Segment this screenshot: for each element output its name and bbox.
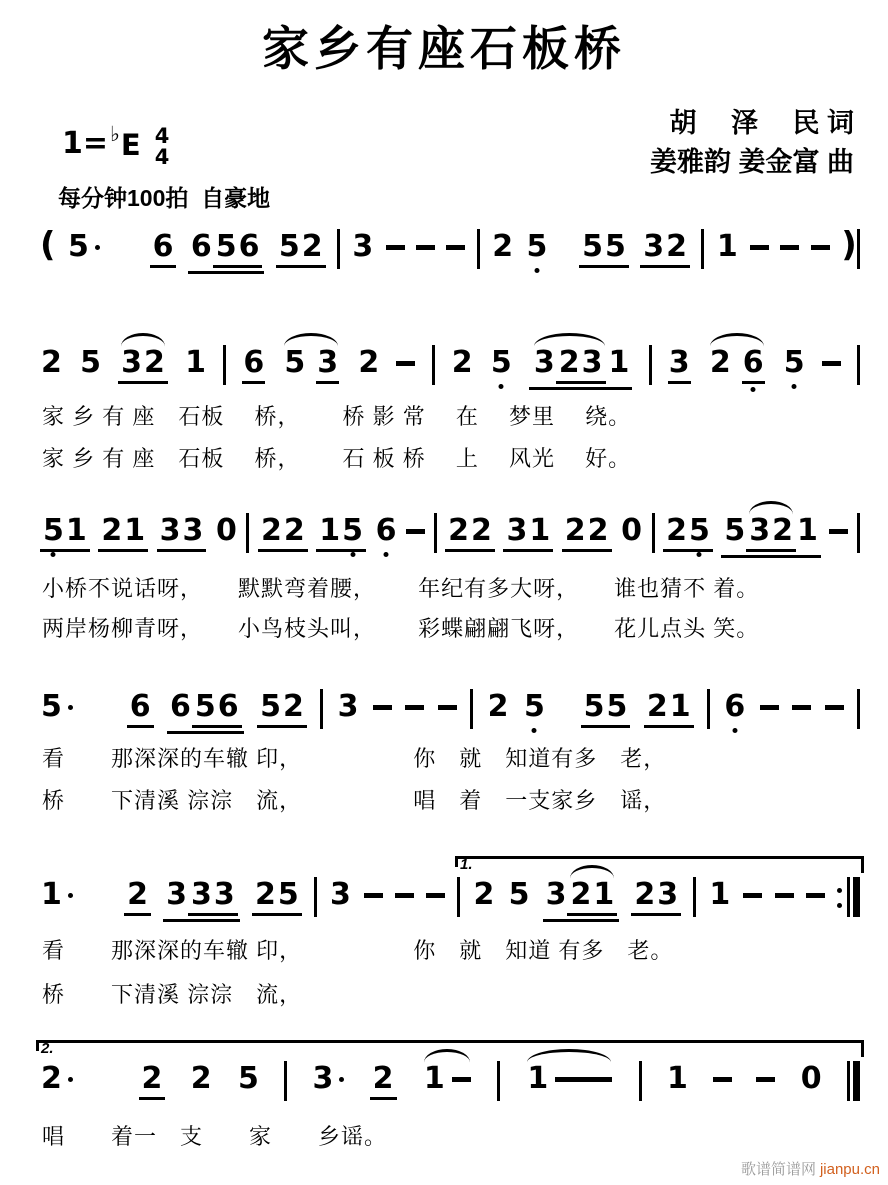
barline-single: [693, 880, 696, 917]
low-octave-dot: [384, 552, 389, 557]
score-line-3: 566565232555216: [40, 692, 860, 738]
note-2: 2: [126, 880, 149, 910]
note-3: 3: [182, 516, 205, 546]
note-2: 2: [254, 880, 277, 910]
note-1: 1: [318, 516, 341, 546]
note-2: 2: [709, 348, 732, 378]
duration-dash: [405, 705, 424, 710]
lyrics-row: 桥 下清溪 淙淙 流，: [42, 978, 872, 1009]
low-octave-dot: [350, 552, 355, 557]
beam-group: 33: [157, 516, 207, 552]
beam-group: 22: [445, 516, 495, 552]
beam-group: 6: [127, 692, 154, 728]
low-octave-dot: [697, 552, 702, 557]
beam-group: 2: [139, 1064, 166, 1100]
lyrics-row: 家 乡 有 座 石板 桥， 石 板 桥 上 风光 好。: [42, 442, 872, 473]
beam-group: 52: [276, 232, 326, 268]
score-line-2: 5121330221562231220255321: [40, 516, 860, 562]
note-6: 6: [742, 348, 765, 384]
note-3: 3: [337, 692, 360, 722]
note-2: 2: [665, 516, 688, 546]
note-2: 2: [665, 232, 688, 262]
beam-group: 656: [188, 232, 265, 274]
duration-dash: [811, 245, 830, 250]
credits: 胡 泽 民 词姜雅韵 姜金富 曲: [650, 104, 854, 182]
slur-group: 32: [746, 516, 796, 552]
volta-2-label: 2.: [41, 1041, 54, 1056]
note-1: 1: [669, 692, 692, 722]
note-3: 3: [505, 516, 528, 546]
score-line-intro: (566565232555321): [40, 232, 860, 278]
beam-group: 22: [562, 516, 612, 552]
slur-group: 26: [707, 348, 767, 384]
key-signature: 1=♭E 44: [62, 126, 169, 168]
duration-dash: [750, 245, 769, 250]
note-3: 3: [213, 880, 236, 910]
note-2: 2: [190, 1064, 213, 1094]
beam-group: 3231: [529, 348, 633, 390]
spacer: [98, 1064, 114, 1065]
lyricist-credit: 胡 泽 民 词: [669, 108, 854, 138]
note-6: 6: [242, 348, 265, 384]
spacer: [86, 880, 112, 881]
note-1: 1: [716, 232, 739, 262]
beam-group: 2: [124, 880, 151, 916]
beam-group: 55: [579, 232, 629, 268]
note-5: 5: [341, 516, 364, 546]
barline-single: [320, 692, 323, 729]
duration-dash: [373, 705, 392, 710]
barline-single: [337, 232, 340, 269]
spacer: [112, 232, 138, 233]
note-5: 5: [490, 348, 513, 378]
beam-group: 6: [150, 232, 177, 268]
note-3: 3: [316, 348, 339, 384]
note-6: 6: [190, 232, 213, 262]
duration-dash: [555, 1077, 574, 1082]
barline-single: [649, 348, 652, 385]
spacer: [559, 692, 567, 693]
note-5: 5: [79, 348, 102, 378]
beam-group: 23: [631, 880, 681, 916]
note-0: 0: [215, 516, 238, 546]
note-6: 6: [129, 692, 152, 722]
spacer: [560, 232, 568, 233]
note-5: 5: [688, 516, 711, 546]
note-3: 3: [668, 348, 691, 384]
note-2: 2: [558, 348, 581, 378]
duration-dash: [395, 893, 414, 898]
lyrics-row: 小桥不说话呀， 默默弯着腰， 年纪有多大呀， 谁也猜不 着。: [42, 572, 872, 603]
low-octave-dot: [51, 552, 56, 557]
song-title: 家乡有座石板桥: [0, 12, 888, 79]
barline-single: [457, 880, 460, 917]
duration-dash: [825, 705, 844, 710]
note-2: 2: [283, 516, 306, 546]
note-3: 3: [329, 880, 352, 910]
slur-group: 1: [421, 1064, 473, 1094]
low-octave-dot: [792, 384, 797, 389]
composer-credit: 姜雅韵 姜金富 曲: [650, 147, 854, 177]
lyrics-row: 家 乡 有 座 石板 桥， 桥 影 常 在 梦里 绕。: [42, 400, 872, 431]
note-5: 5: [583, 692, 606, 722]
tempo-marking: 每分钟100拍 自豪地: [58, 180, 270, 213]
note-5: 5: [277, 880, 300, 910]
beam-group: 55: [581, 692, 631, 728]
note-2: 2: [282, 692, 305, 722]
beam-group: 15: [316, 516, 366, 552]
note-1: 1: [708, 880, 731, 910]
beam-group: 22: [258, 516, 308, 552]
note-2: 2: [100, 516, 123, 546]
note-3: 3: [656, 880, 679, 910]
duration-dash: [396, 361, 415, 366]
duration-dash: [386, 245, 405, 250]
volta-1-bracket: 1.: [455, 856, 864, 874]
note-1: 1: [592, 880, 615, 910]
barline-single: [432, 348, 435, 385]
beam-group: 56: [213, 232, 263, 268]
note-5: 5: [215, 232, 238, 262]
note-3: 3: [748, 516, 771, 546]
note-2: 2: [473, 880, 496, 910]
note-5: 5: [581, 232, 604, 262]
note-6: 6: [723, 692, 746, 722]
watermark-site-name: 歌谱简谱网: [741, 1161, 816, 1178]
lyrics-row: 唱 着一 支 家 乡谣。: [42, 1120, 872, 1151]
barline-single: [477, 232, 480, 269]
note-1: 1: [608, 348, 631, 378]
slur-group: 21: [567, 880, 617, 916]
beam-group: 2: [370, 1064, 397, 1100]
low-octave-dot: [534, 268, 539, 273]
note-2: 2: [633, 880, 656, 910]
time-signature: 44: [155, 126, 170, 168]
duration-dash: [743, 893, 762, 898]
note-2: 2: [451, 348, 474, 378]
note-1: 1: [184, 348, 207, 378]
note-3: 3: [311, 1064, 345, 1094]
duration-dash: [713, 1077, 732, 1082]
barline-single: [470, 692, 473, 729]
beam-group: 31: [503, 516, 553, 552]
duration-dash: [438, 705, 457, 710]
note-6: 6: [217, 692, 240, 722]
note-2: 2: [447, 516, 470, 546]
duration-dash: [416, 245, 435, 250]
note-2: 2: [143, 348, 166, 378]
note-5: 5: [508, 880, 531, 910]
beam-group: 5321: [721, 516, 821, 558]
note-5: 5: [783, 348, 806, 378]
lyrics-row: 看 那深深的车辙 印， 你 就 知道有多 老，: [42, 742, 872, 773]
note-2: 2: [646, 692, 669, 722]
note-1: 1: [526, 1064, 549, 1094]
note-0: 0: [620, 516, 643, 546]
lyrics-row: 看 那深深的车辙 印， 你 就 知道 有多 老。: [42, 934, 872, 965]
augmentation-dot: [95, 245, 100, 250]
beam-group: 51: [40, 516, 90, 552]
note-5: 5: [42, 516, 65, 546]
volta-1-label: 1.: [460, 857, 473, 872]
note-5: 5: [259, 692, 282, 722]
lyrics-row: 桥 下清溪 淙淙 流， 唱 着 一支家乡 谣，: [42, 784, 872, 815]
augmentation-dot: [68, 705, 73, 710]
beam-group: 333: [163, 880, 240, 922]
note-2: 2: [301, 232, 324, 262]
duration-dash: [829, 529, 848, 534]
duration-dash: [593, 1077, 612, 1082]
spacer: [732, 348, 742, 349]
note-5: 5: [40, 692, 74, 722]
note-5: 5: [67, 232, 101, 262]
note-3: 3: [533, 348, 556, 378]
augmentation-dot: [68, 893, 73, 898]
barline-single: [857, 692, 860, 729]
beam-group: 321: [543, 880, 620, 922]
beam-group: 25: [252, 880, 302, 916]
note-2: 2: [141, 1064, 164, 1094]
duration-dash: [822, 361, 841, 366]
slur-group: 53: [281, 348, 341, 384]
low-octave-dot: [532, 728, 537, 733]
note-6: 6: [152, 232, 175, 262]
note-3: 3: [545, 880, 568, 910]
spacer: [446, 1064, 452, 1065]
note-1: 1: [40, 880, 74, 910]
watermark-domain: jianpu.cn: [820, 1161, 880, 1178]
duration-dash: [806, 893, 825, 898]
note-2: 2: [487, 692, 510, 722]
note-6: 6: [375, 516, 398, 546]
duration-dash: [574, 1077, 593, 1082]
note-1: 1: [123, 516, 146, 546]
note-3: 3: [159, 516, 182, 546]
barline-single: [857, 348, 860, 385]
note-2: 2: [260, 516, 283, 546]
beam-group: 23: [556, 348, 606, 384]
note-6: 6: [238, 232, 261, 262]
beam-group: 21: [644, 692, 694, 728]
note-3: 3: [581, 348, 604, 378]
duration-dash: [426, 893, 445, 898]
note-2: 2: [357, 348, 380, 378]
note-3: 3: [642, 232, 665, 262]
barline-repeat-end: [837, 880, 860, 917]
duration-dash: [780, 245, 799, 250]
barline-close-paren: ): [841, 232, 860, 269]
note-5: 5: [278, 232, 301, 262]
duration-dash: [452, 1077, 471, 1082]
slur-group: 32: [118, 348, 168, 384]
beam-group: 33: [188, 880, 238, 916]
duration-dash: [364, 893, 383, 898]
key-prefix: 1=: [62, 126, 108, 161]
slur-group: 323: [531, 348, 608, 384]
note-0: 0: [800, 1064, 823, 1094]
duration-dash: [775, 893, 794, 898]
note-5: 5: [283, 348, 306, 378]
barline-single: [639, 1064, 642, 1101]
barline-single: [284, 1064, 287, 1101]
duration-dash: [756, 1077, 775, 1082]
spacer: [87, 692, 113, 693]
augmentation-dot: [339, 1077, 344, 1082]
note-5: 5: [523, 692, 546, 722]
note-1: 1: [666, 1064, 689, 1094]
note-5: 5: [237, 1064, 260, 1094]
score-line-1: 2532165322532313265: [40, 348, 860, 394]
augmentation-dot: [68, 1077, 73, 1082]
beam-group: 25: [663, 516, 713, 552]
duration-dash: [446, 245, 465, 250]
parenthesis: (: [40, 228, 56, 262]
beam-group: 21: [98, 516, 148, 552]
barline-final: [847, 1064, 860, 1101]
slur-group: 1: [524, 1064, 614, 1094]
barline-single: [701, 232, 704, 269]
barline-single: [246, 516, 249, 553]
flat-sign: ♭: [110, 122, 120, 146]
score-line-5: 2. 2225321110: [40, 1064, 860, 1110]
note-2: 2: [564, 516, 587, 546]
duration-dash: [792, 705, 811, 710]
note-3: 3: [190, 880, 213, 910]
note-5: 5: [606, 692, 629, 722]
note-1: 1: [528, 516, 551, 546]
barline-single: [434, 516, 437, 553]
note-1: 1: [65, 516, 88, 546]
note-2: 2: [40, 1064, 74, 1094]
low-octave-dot: [499, 384, 504, 389]
note-2: 2: [587, 516, 610, 546]
note-5: 5: [604, 232, 627, 262]
note-5: 5: [723, 516, 746, 546]
note-2: 2: [40, 348, 63, 378]
note-3: 3: [165, 880, 188, 910]
note-2: 2: [771, 516, 794, 546]
barline-single: [857, 516, 860, 553]
barline-single: [652, 516, 655, 553]
barline-single: [497, 1064, 500, 1101]
note-5: 5: [526, 232, 549, 262]
note-2: 2: [470, 516, 493, 546]
barline-single: [314, 880, 317, 917]
sheet-music-page: 家乡有座石板桥 胡 泽 民 词姜雅韵 姜金富 曲 1=♭E 44 每分钟100拍…: [0, 0, 888, 1185]
spacer: [549, 1064, 555, 1065]
low-octave-dot: [751, 387, 756, 392]
lyrics-row: 两岸杨柳青呀， 小鸟枝头叫， 彩蝶翩翩飞呀， 花儿点头 笑。: [42, 612, 872, 643]
note-6: 6: [169, 692, 192, 722]
beam-group: 32: [640, 232, 690, 268]
beam-group: 656: [167, 692, 244, 734]
note-3: 3: [351, 232, 374, 262]
score-line-4: 1. 1233325325321231: [40, 880, 860, 926]
duration-dash: [406, 529, 425, 534]
spacer: [306, 348, 316, 349]
duration-dash: [760, 705, 779, 710]
watermark: 歌谱简谱网jianpu.cn: [741, 1158, 880, 1179]
note-5: 5: [194, 692, 217, 722]
barline-single: [707, 692, 710, 729]
note-2: 2: [372, 1064, 395, 1094]
beam-group: 52: [257, 692, 307, 728]
note-3: 3: [120, 348, 143, 378]
note-2: 2: [491, 232, 514, 262]
note-1: 1: [796, 516, 819, 546]
beam-group: 56: [192, 692, 242, 728]
note-2: 2: [569, 880, 592, 910]
key-tonic: E: [121, 128, 141, 162]
note-1: 1: [423, 1064, 446, 1094]
barline-single: [223, 348, 226, 385]
low-octave-dot: [732, 728, 737, 733]
